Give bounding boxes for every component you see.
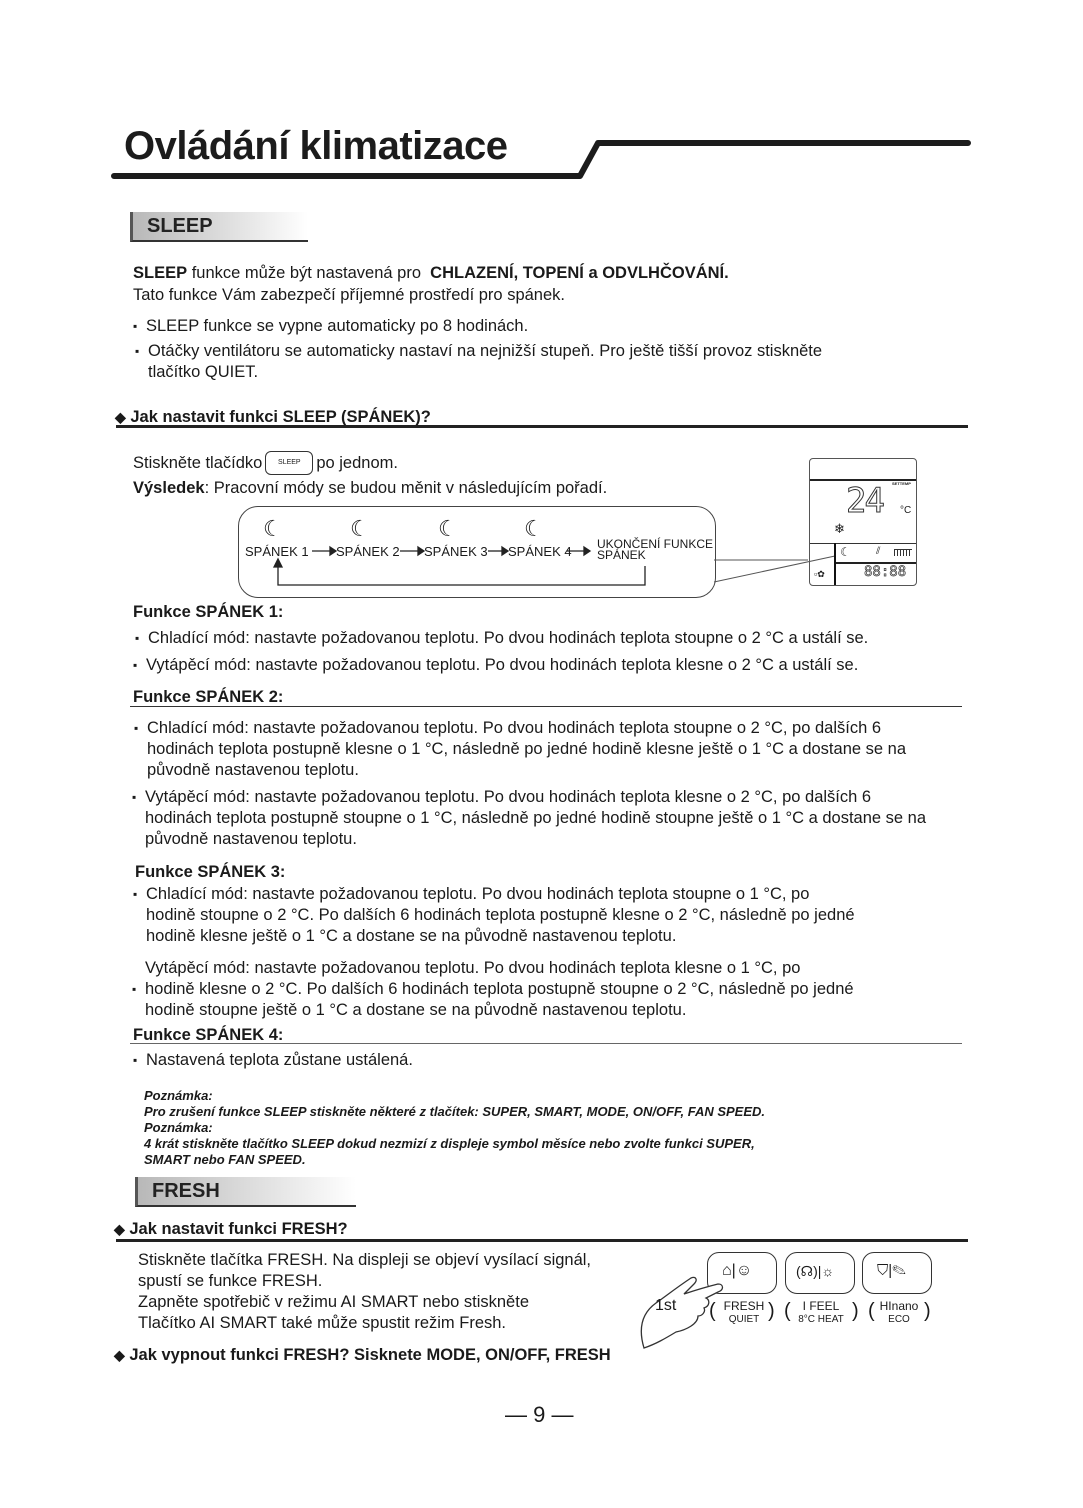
moon-icon: ☾ xyxy=(524,518,544,540)
ifeel-icon: (☊)|☼ xyxy=(796,1263,834,1280)
note-label: Poznámka: xyxy=(144,1088,213,1104)
ifeel-heat-button[interactable]: (☊)|☼ xyxy=(785,1252,855,1294)
mode-line: hodinách teplota postupně klesne o 1 °C,… xyxy=(147,739,906,760)
heater-icon xyxy=(894,549,912,556)
fresh-line: spustí se funkce FRESH. xyxy=(138,1271,322,1292)
note-text: 4 krát stiskněte tlačítko SLEEP dokud ne… xyxy=(144,1136,755,1152)
heading-text: Jak nastavit funkci FRESH? xyxy=(129,1220,347,1238)
mode-line: Chladící mód: nastavte požadovanou teplo… xyxy=(148,628,868,649)
flow-step: SPÁNEK 1 xyxy=(245,544,309,559)
section-tag-label: SLEEP xyxy=(147,215,213,238)
flow-end: UKONČENÍ FUNKCE SPÁNEK xyxy=(597,539,713,561)
fresh-line: Tlačítko AI SMART také může spustit reži… xyxy=(138,1313,506,1334)
mode-heading: Funkce SPÁNEK 1: xyxy=(133,603,283,622)
mode-line: původně nastavenou teplotu. xyxy=(145,829,357,850)
note-text: SMART nebo FAN SPEED. xyxy=(144,1152,306,1168)
page-number: — 9 — xyxy=(505,1402,573,1428)
diamond-icon: ◆ xyxy=(115,409,126,425)
heading-text: Jak vypnout funkci FRESH? Sisknete MODE,… xyxy=(129,1346,610,1364)
heading-text: Jak nastavit funkci SLEEP (SPÁNEK)? xyxy=(130,408,430,426)
moon-icon: ☾ xyxy=(438,518,458,540)
caption-bottom: QUIET xyxy=(717,1313,771,1326)
title-underline xyxy=(0,0,1083,200)
press-text: Stiskněte tlačídko xyxy=(133,453,262,474)
button-caption: HInano ECO xyxy=(874,1300,924,1326)
flow-step: SPÁNEK 2 xyxy=(336,544,400,559)
flow-end-line2: SPÁNEK xyxy=(597,550,713,561)
caption-top: I FEEL xyxy=(790,1300,852,1313)
mode-line: hodinách teplota postupně stoupne o 1 °C… xyxy=(145,808,926,829)
paren: ) xyxy=(852,1300,859,1323)
section-tag-fresh: FRESH xyxy=(135,1177,356,1207)
flow-step: SPÁNEK 3 xyxy=(424,544,488,559)
howto-fresh-off-heading: ◆ Jak vypnout funkci FRESH? Sisknete MOD… xyxy=(114,1346,611,1365)
mode-line: hodině klesne o 2 °C. Po dalších 6 hodin… xyxy=(145,979,854,1000)
button-caption: I FEEL 8°C HEAT xyxy=(790,1300,852,1326)
fan-icon: ▫✿ xyxy=(814,569,825,580)
lcd-divider xyxy=(810,543,916,544)
flow-step: SPÁNEK 4 xyxy=(508,544,572,559)
mode-line: Vytápěcí mód: nastavte požadovanou teplo… xyxy=(145,958,800,979)
moon-icon: ☾ xyxy=(350,518,370,540)
mode-line: hodině stoupne o 2 °C. Po dalších 6 hodi… xyxy=(146,905,855,926)
intro-bold: SLEEP xyxy=(133,264,187,282)
heading-rule xyxy=(130,1043,962,1044)
result-text: : Pracovní módy se budou měnit v následu… xyxy=(205,479,608,497)
mode-line: hodině klesne ještě o 1 °C a dostane se … xyxy=(146,926,676,947)
paren: ) xyxy=(924,1300,931,1323)
caption-bottom: ECO xyxy=(874,1313,924,1326)
lcd-divider xyxy=(834,543,836,585)
paren: ( xyxy=(709,1300,716,1323)
sleep-intro: SLEEP funkce může být nastavená pro CHLA… xyxy=(133,263,729,284)
fresh-line: Zapněte spotřebič v režimu AI SMART nebo… xyxy=(138,1292,529,1313)
intro-modes: CHLAZENÍ, TOPENÍ a ODVLHČOVÁNÍ. xyxy=(430,264,729,282)
swing-icon: ⫽ xyxy=(876,546,880,557)
mode-line: Nastavená teplota zůstane ustálená. xyxy=(146,1050,413,1071)
paren: ) xyxy=(768,1300,775,1323)
caption-top: FRESH xyxy=(717,1300,771,1313)
lcd-temperature: 24 xyxy=(846,481,883,521)
sleep-bullet: SLEEP funkce se vypne automaticky po 8 h… xyxy=(146,316,528,337)
mode-line: Vytápěcí mód: nastavte požadovanou teplo… xyxy=(146,655,858,676)
sleep-intro-line2: Tato funkce Vám zabezpečí příjemné prost… xyxy=(133,285,565,306)
heading-rule xyxy=(116,1239,968,1242)
diamond-icon: ◆ xyxy=(114,1347,125,1363)
lcd-set-label: SETTEMP xyxy=(892,481,911,486)
caption-top: HInano xyxy=(874,1300,924,1313)
mode-line: Vytápěcí mód: nastavte požadovanou teplo… xyxy=(145,787,871,808)
sleep-bullet-cont: tlačítko QUIET. xyxy=(148,362,258,383)
mode-heading: Funkce SPÁNEK 3: xyxy=(135,863,285,882)
lcd-clock: 88:88 xyxy=(864,564,906,580)
button-caption: FRESH QUIET xyxy=(717,1300,771,1326)
remote-display: 24 SETTEMP °C ❄ ☾ ⫽ ▫✿ 88:88 xyxy=(809,458,917,586)
diamond-icon: ◆ xyxy=(114,1221,125,1237)
page-title: Ovládání klimatizace xyxy=(124,124,508,169)
note-text: Pro zrušení funkce SLEEP stiskněte někte… xyxy=(144,1104,765,1120)
howto-fresh-heading: ◆ Jak nastavit funkci FRESH? xyxy=(114,1220,348,1239)
result-bold: Výsledek xyxy=(133,479,205,497)
note-label: Poznámka: xyxy=(144,1120,213,1136)
mode-line: Chladící mód: nastavte požadovanou teplo… xyxy=(147,718,881,739)
caption-bottom: 8°C HEAT xyxy=(790,1313,852,1326)
moon-icon: ☾ xyxy=(263,518,283,540)
mode-line: původně nastavenou teplotu. xyxy=(147,760,359,781)
snowflake-icon: ❄ xyxy=(834,521,845,537)
hinano-icon: ⛉|✎ xyxy=(877,1262,906,1279)
hand-label: 1st xyxy=(655,1297,676,1315)
press-text-after: po jednom. xyxy=(316,453,398,474)
heading-rule xyxy=(116,425,968,428)
mode-heading: Funkce SPÁNEK 2: xyxy=(133,688,283,707)
hinano-eco-button[interactable]: ⛉|✎ xyxy=(862,1252,932,1294)
moon-icon: ☾ xyxy=(840,545,851,559)
fresh-line: Stiskněte tlačítka FRESH. Na displeji se… xyxy=(138,1250,591,1271)
intro-text: funkce může být nastavená pro xyxy=(187,264,425,282)
mode-line: hodině stoupne ještě o 1 °C a dostane se… xyxy=(145,1000,686,1021)
sleep-bullet: Otáčky ventilátoru se automaticky nastav… xyxy=(148,341,822,362)
section-tag-sleep: SLEEP xyxy=(130,212,308,242)
press-instruction: Stiskněte tlačídko SLEEP po jednom. xyxy=(133,451,398,475)
lcd-unit: °C xyxy=(900,505,911,516)
result-line: Výsledek: Pracovní módy se budou měnit v… xyxy=(133,478,607,499)
heading-rule xyxy=(130,706,962,707)
section-tag-label: FRESH xyxy=(152,1180,220,1203)
mode-line: Chladící mód: nastavte požadovanou teplo… xyxy=(146,884,809,905)
sleep-button[interactable]: SLEEP xyxy=(265,451,313,475)
